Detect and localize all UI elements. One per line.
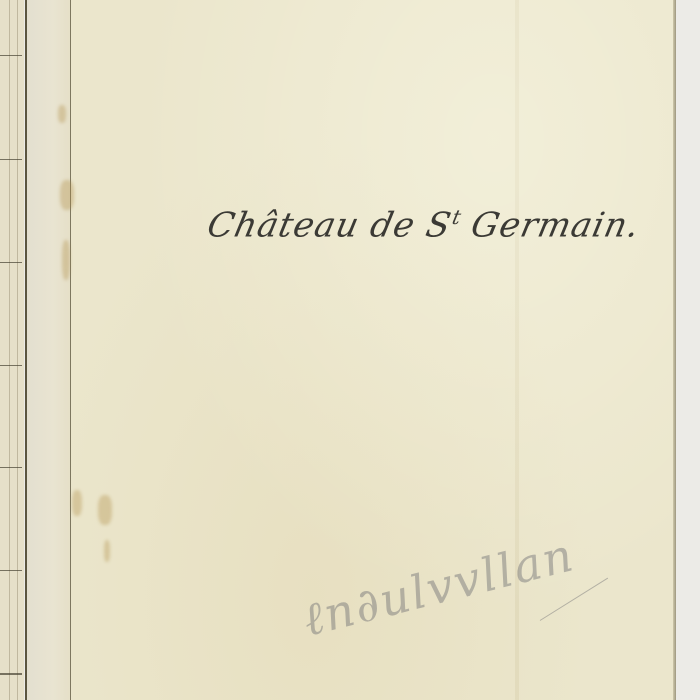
grid-rule bbox=[0, 365, 22, 366]
foxing-stain bbox=[72, 490, 82, 516]
foxing-stain bbox=[58, 105, 66, 123]
leaf-edge bbox=[673, 0, 676, 700]
foxing-stain bbox=[98, 495, 112, 525]
title-text: Château de S bbox=[204, 205, 455, 245]
document-title: Château de St Germain. bbox=[204, 205, 593, 245]
grid-rule bbox=[0, 159, 22, 160]
grid-rule bbox=[0, 570, 22, 571]
scanned-document: Château de St Germain. ℓn∂ulvvllan bbox=[0, 0, 700, 700]
adjacent-grid-page bbox=[0, 0, 24, 700]
grid-rule bbox=[0, 262, 22, 263]
title-text-rest: Germain bbox=[456, 205, 632, 245]
grid-rule bbox=[0, 55, 22, 56]
grid-rule bbox=[0, 467, 22, 468]
foxing-stain bbox=[62, 240, 70, 280]
grid-rule bbox=[0, 673, 22, 675]
foxing-stain bbox=[60, 180, 74, 210]
foxing-stain bbox=[104, 540, 110, 562]
